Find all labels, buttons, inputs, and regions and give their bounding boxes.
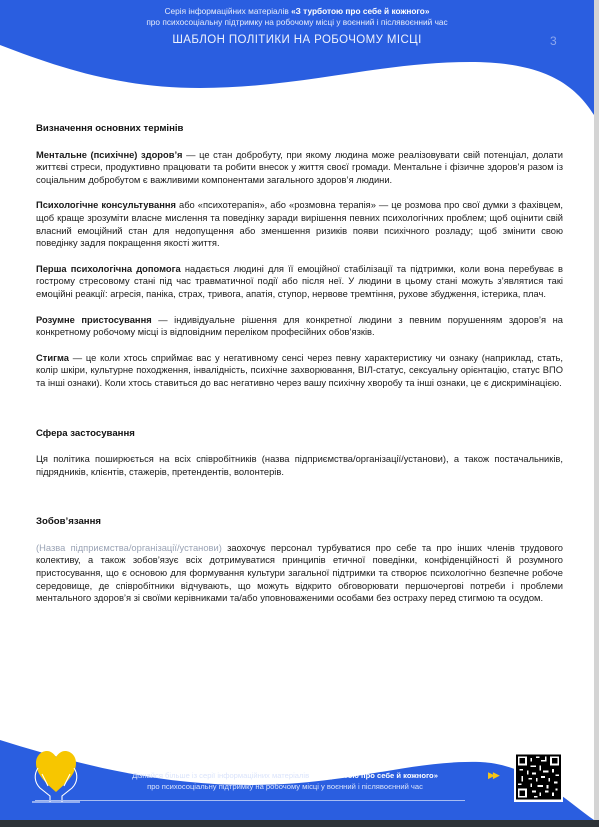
- definition-term: Психологічне консультування: [36, 200, 176, 210]
- definition-stigma: Стигма — це коли хтось сприймає вас у не…: [36, 352, 563, 390]
- organization-placeholder: (Назва підприємства/організації/установи…: [36, 543, 222, 553]
- scope-heading: Сфера застосування: [36, 428, 563, 441]
- double-arrow-icon: ▶▶: [488, 770, 498, 781]
- series-subtitle: про психосоціальну підтримку на робочому…: [0, 17, 594, 28]
- header-series-text: Серія інформаційних матеріалів «З турбот…: [0, 6, 594, 28]
- footer-promo-text: Дізнайся більше із серії інформаційних м…: [85, 770, 485, 792]
- definition-mental-health: Ментальне (психічне) здоров’я — це стан …: [36, 149, 563, 187]
- commitment-heading: Зобов’язання: [36, 516, 563, 529]
- footer-subtitle: про психосоціальну підтримку на робочому…: [85, 781, 485, 792]
- definition-text: — це коли хтось сприймає вас у негативно…: [36, 353, 563, 388]
- definition-counseling: Психологічне консультування або «психоте…: [36, 199, 563, 249]
- document-page: Серія інформаційних матеріалів «З турбот…: [0, 0, 594, 820]
- viewer-frame-right: [594, 0, 599, 820]
- definition-term: Розумне пристосування: [36, 315, 152, 325]
- spacer: [36, 491, 563, 516]
- page-number: 3: [550, 34, 557, 48]
- definition-term: Перша психологічна допомога: [36, 264, 181, 274]
- document-title: ШАБЛОН ПОЛІТИКИ НА РОБОЧОМУ МІСЦІ: [0, 34, 594, 46]
- definition-term: Стигма: [36, 353, 69, 363]
- spacer: [36, 403, 563, 428]
- footer-divider: [35, 800, 465, 801]
- footer-prefix: Дізнайся більше із серії інформаційних м…: [132, 771, 311, 780]
- definitions-heading: Визначення основних термінів: [36, 123, 563, 136]
- series-title: «З турботою про себе й кожного»: [291, 6, 429, 16]
- definition-term: Ментальне (психічне) здоров’я: [36, 150, 183, 160]
- commitment-text: (Назва підприємства/організації/установи…: [36, 542, 563, 605]
- footer-wave-background: [0, 710, 594, 820]
- qr-code-icon[interactable]: [514, 752, 563, 802]
- scope-section: Сфера застосування Ця політика поширюєть…: [36, 428, 563, 479]
- definitions-section: Визначення основних термінів Ментальне (…: [36, 123, 563, 390]
- document-body: Визначення основних термінів Ментальне (…: [36, 123, 563, 618]
- definition-accommodation: Розумне пристосування — індивідуальне рі…: [36, 314, 563, 339]
- heart-in-hands-icon: [32, 748, 80, 803]
- viewer-bottom-bar: [0, 820, 599, 827]
- series-prefix: Серія інформаційних матеріалів: [165, 6, 292, 16]
- scope-text: Ця політика поширюється на всіх співробі…: [36, 453, 563, 478]
- commitment-section: Зобов’язання (Назва підприємства/організ…: [36, 516, 563, 605]
- footer-series-title: «З турботою про себе й кожного»: [311, 771, 438, 780]
- definition-first-aid: Перша психологічна допомога надається лю…: [36, 263, 563, 301]
